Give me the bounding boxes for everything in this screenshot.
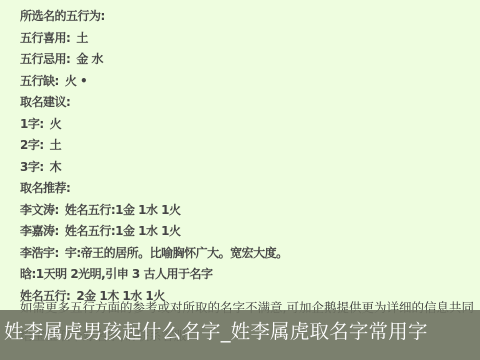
line-value: 土 [50, 138, 62, 152]
line-value: 姓名五行:1金 1水 1火 [65, 203, 181, 217]
doc-line-recommend-heading: 取名推荐: [20, 178, 480, 200]
line-label: 五行喜用: [20, 31, 70, 45]
line-label: 2字: [20, 138, 44, 152]
doc-line-char3: 3字:木 [20, 157, 480, 179]
line-value: 晗:1天明 2光明,引申 3 古人用于名字 [20, 267, 212, 281]
doc-line-name1: 李文涛:姓名五行:1金 1水 1火 [20, 200, 480, 222]
doc-line-unfavorable: 五行忌用:金 水 [20, 49, 480, 71]
line-value: 木 [50, 160, 62, 174]
line-label: 李浩宇: [20, 246, 59, 260]
doc-line-favorable: 五行喜用:土 [20, 28, 480, 50]
doc-line-name2: 李嘉涛:姓名五行:1金 1水 1火 [20, 221, 480, 243]
doc-line-suggestion-heading: 取名建议: [20, 92, 480, 114]
line-value: 土 [76, 31, 88, 45]
line-value: 火 [50, 117, 62, 131]
line-label: 取名建议: [20, 95, 70, 109]
line-value: 姓名五行:1金 1水 1火 [65, 224, 181, 238]
line-value: 宇:帝王的居所。比喻胸怀广大。宽宏大度。 [65, 246, 288, 260]
doc-line-missing: 五行缺:火 • [20, 71, 480, 93]
caption-title: 姓李属虎男孩起什么名字_姓李属虎取名字常用字 [4, 319, 428, 345]
doc-line-char2: 2字:土 [20, 135, 480, 157]
line-label: 1字: [20, 117, 44, 131]
line-label: 取名推荐: [20, 181, 70, 195]
doc-line-name3: 李浩宇:宇:帝王的居所。比喻胸怀广大。宽宏大度。 [20, 243, 480, 265]
line-value: 火 • [65, 74, 87, 88]
document-body: 所选名的五行为: 五行喜用:土 五行忌用:金 水 五行缺:火 • 取名建议: 1… [20, 6, 480, 307]
line-label: 李嘉涛: [20, 224, 59, 238]
line-label: 所选名的五行为: [20, 9, 105, 23]
doc-line-meaning: 晗:1天明 2光明,引申 3 古人用于名字 [20, 264, 480, 286]
line-label: 李文涛: [20, 203, 59, 217]
line-label: 3字: [20, 160, 44, 174]
line-value: 金 水 [76, 52, 103, 66]
doc-line-heading: 所选名的五行为: [20, 6, 480, 28]
line-label: 五行忌用: [20, 52, 70, 66]
doc-line-char1: 1字:火 [20, 114, 480, 136]
line-label: 五行缺: [20, 74, 59, 88]
